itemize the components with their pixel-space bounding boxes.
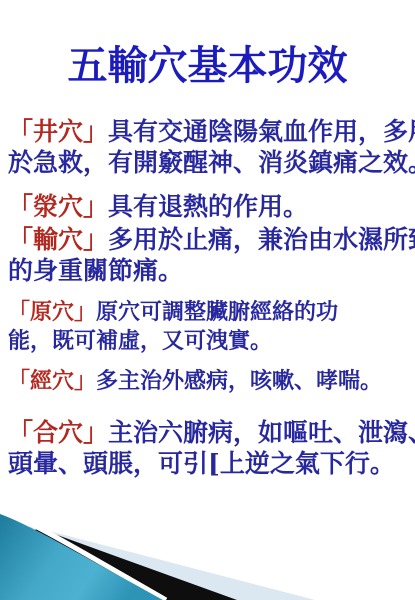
term-shu-stream: 「輸穴」: [8, 225, 108, 254]
paragraph-yuan-source-point: 「原穴」原穴可調整臟腑經絡的功 能，既可補虛，又可洩實。: [8, 298, 409, 356]
bottom-corner-decoration: [0, 500, 415, 600]
paragraph-text: 多用於止痛，兼治由水濕所致: [108, 225, 415, 254]
slide: 五輸穴基本功效 「井穴」具有交通陰陽氣血作用，多用 於急救，有開竅醒神、消炎鎮痛…: [0, 0, 415, 600]
term-jing-river: 「經穴」: [8, 368, 96, 394]
paragraph-jing-well-point: 「井穴」具有交通陰陽氣血作用，多用 於急救，有開竅醒神、消炎鎮痛之效。: [8, 116, 409, 178]
text-line: 於急救，有開竅醒神、消炎鎮痛之效。: [8, 147, 409, 178]
text-line: 「滎穴」具有退熱的作用。: [8, 191, 409, 222]
paragraph-he-sea-point: 「合穴」主治六腑病，如嘔吐、泄瀉、 頭暈、頭脹，可引[上逆之氣下行。: [8, 417, 409, 479]
paragraph-text: 主治六腑病，如嘔吐、泄瀉、: [108, 418, 415, 447]
text-line: 頭暈、頭脹，可引[上逆之氣下行。: [8, 448, 409, 479]
text-line: 的身重關節痛。: [8, 255, 409, 286]
paragraph-shu-stream-point: 「輸穴」多用於止痛，兼治由水濕所致 的身重關節痛。: [8, 224, 409, 286]
paragraph-jing-river-point: 「經穴」多主治外感病，咳嗽、哮喘。: [8, 367, 409, 396]
white-gap-line: [0, 510, 166, 600]
term-he-sea: 「合穴」: [8, 418, 108, 447]
paragraph-ying-spring-point: 「滎穴」具有退熱的作用。: [8, 191, 409, 222]
text-line: 「合穴」主治六腑病，如嘔吐、泄瀉、: [8, 417, 409, 448]
black-stripe: [18, 528, 237, 600]
text-line: 「原穴」原穴可調整臟腑經絡的功: [8, 298, 409, 327]
pale-stripe: [0, 526, 315, 600]
teal-swoosh: [0, 514, 163, 600]
text-line: 「經穴」多主治外感病，咳嗽、哮喘。: [8, 367, 409, 396]
term-ying-spring: 「滎穴」: [8, 192, 108, 221]
paragraph-text: 多主治外感病，咳嗽、哮喘。: [96, 368, 382, 394]
term-jing-well: 「井穴」: [8, 117, 108, 146]
term-yuan-source: 「原穴」: [8, 299, 96, 325]
text-line: 「井穴」具有交通陰陽氣血作用，多用: [8, 116, 409, 147]
paragraph-text: 具有退熱的作用。: [108, 192, 308, 221]
text-line: 「輸穴」多用於止痛，兼治由水濕所致: [8, 224, 409, 255]
slide-title: 五輸穴基本功效: [0, 42, 415, 90]
paragraph-text: 具有交通陰陽氣血作用，多用: [108, 117, 415, 146]
slide-body: 「井穴」具有交通陰陽氣血作用，多用 於急救，有開竅醒神、消炎鎮痛之效。 「滎穴」…: [0, 116, 415, 479]
text-line: 能，既可補虛，又可洩實。: [8, 327, 409, 356]
paragraph-text: 原穴可調整臟腑經絡的功: [96, 299, 338, 325]
